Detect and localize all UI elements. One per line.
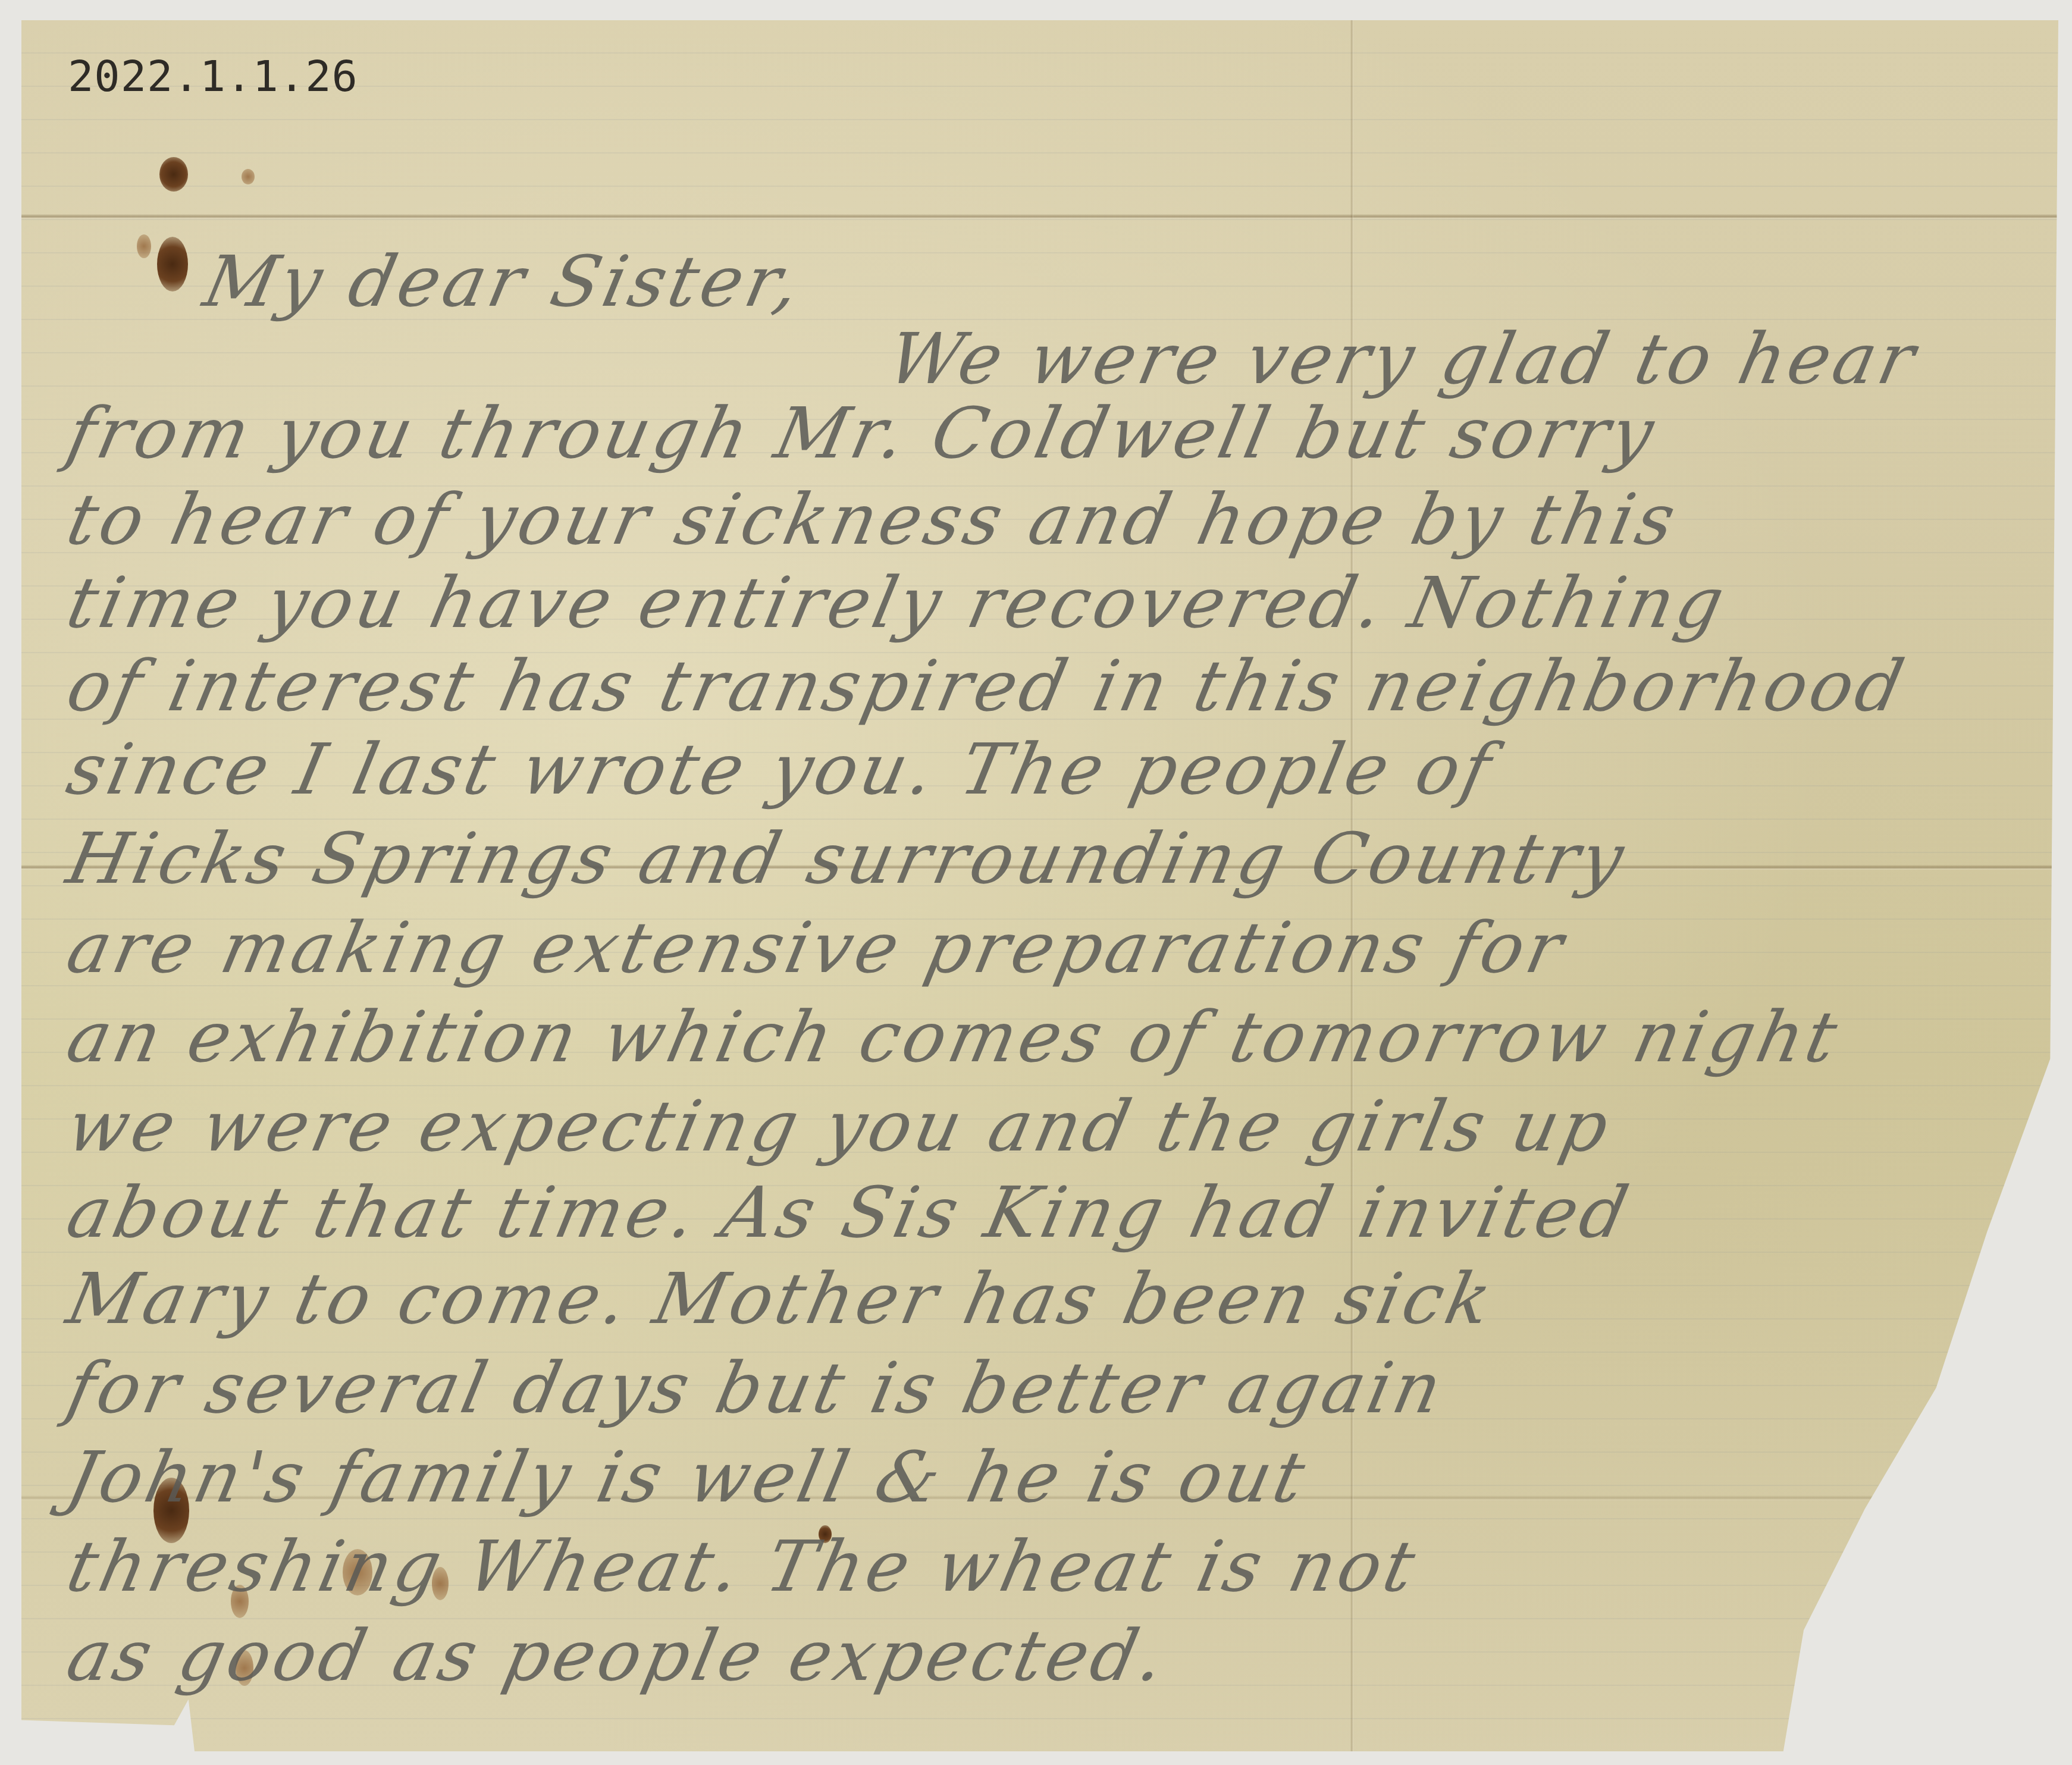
letter-line: about that time. As Sis King had invited bbox=[60, 1171, 1638, 1253]
letter-line: Mary to come. Mother has been sick bbox=[60, 1258, 1502, 1340]
letter-line: as good as people expected. bbox=[60, 1614, 1175, 1697]
ink-stain bbox=[157, 237, 188, 291]
letter-line: for several days but is better again bbox=[60, 1347, 1452, 1429]
catalog-number: 2022.1.1.26 bbox=[68, 51, 358, 101]
ink-stain bbox=[137, 234, 151, 258]
ink-stain bbox=[242, 169, 255, 184]
letter-line: an exhibition which comes of tomorrow ni… bbox=[60, 996, 1847, 1078]
letter-line: threshing Wheat. The wheat is not bbox=[60, 1525, 1425, 1607]
letter-line: since I last wrote you. The people of bbox=[60, 728, 1501, 810]
fold-crease-top bbox=[21, 214, 2058, 219]
letter-salutation: My dear Sister, bbox=[197, 240, 810, 322]
letter-line: we were expecting you and the girls up bbox=[60, 1085, 1619, 1167]
letter-paper: 2022.1.1.26 My dear Sister, We were very… bbox=[21, 20, 2058, 1751]
letter-line: from you through Mr. Coldwell but sorry bbox=[60, 392, 1664, 474]
letter-line: Hicks Springs and surrounding Country bbox=[60, 817, 1634, 899]
letter-line: John's family is well & he is out bbox=[60, 1436, 1315, 1518]
letter-line: are making extensive preparations for bbox=[60, 907, 1573, 989]
letter-line: of interest has transpired in this neigh… bbox=[60, 645, 1914, 727]
letter-line: time you have entirely recovered. Nothin… bbox=[60, 562, 1734, 644]
letter-line: We were very glad to hear bbox=[881, 318, 1925, 400]
letter-line: to hear of your sickness and hope by thi… bbox=[60, 478, 1685, 560]
ink-stain bbox=[159, 157, 188, 192]
